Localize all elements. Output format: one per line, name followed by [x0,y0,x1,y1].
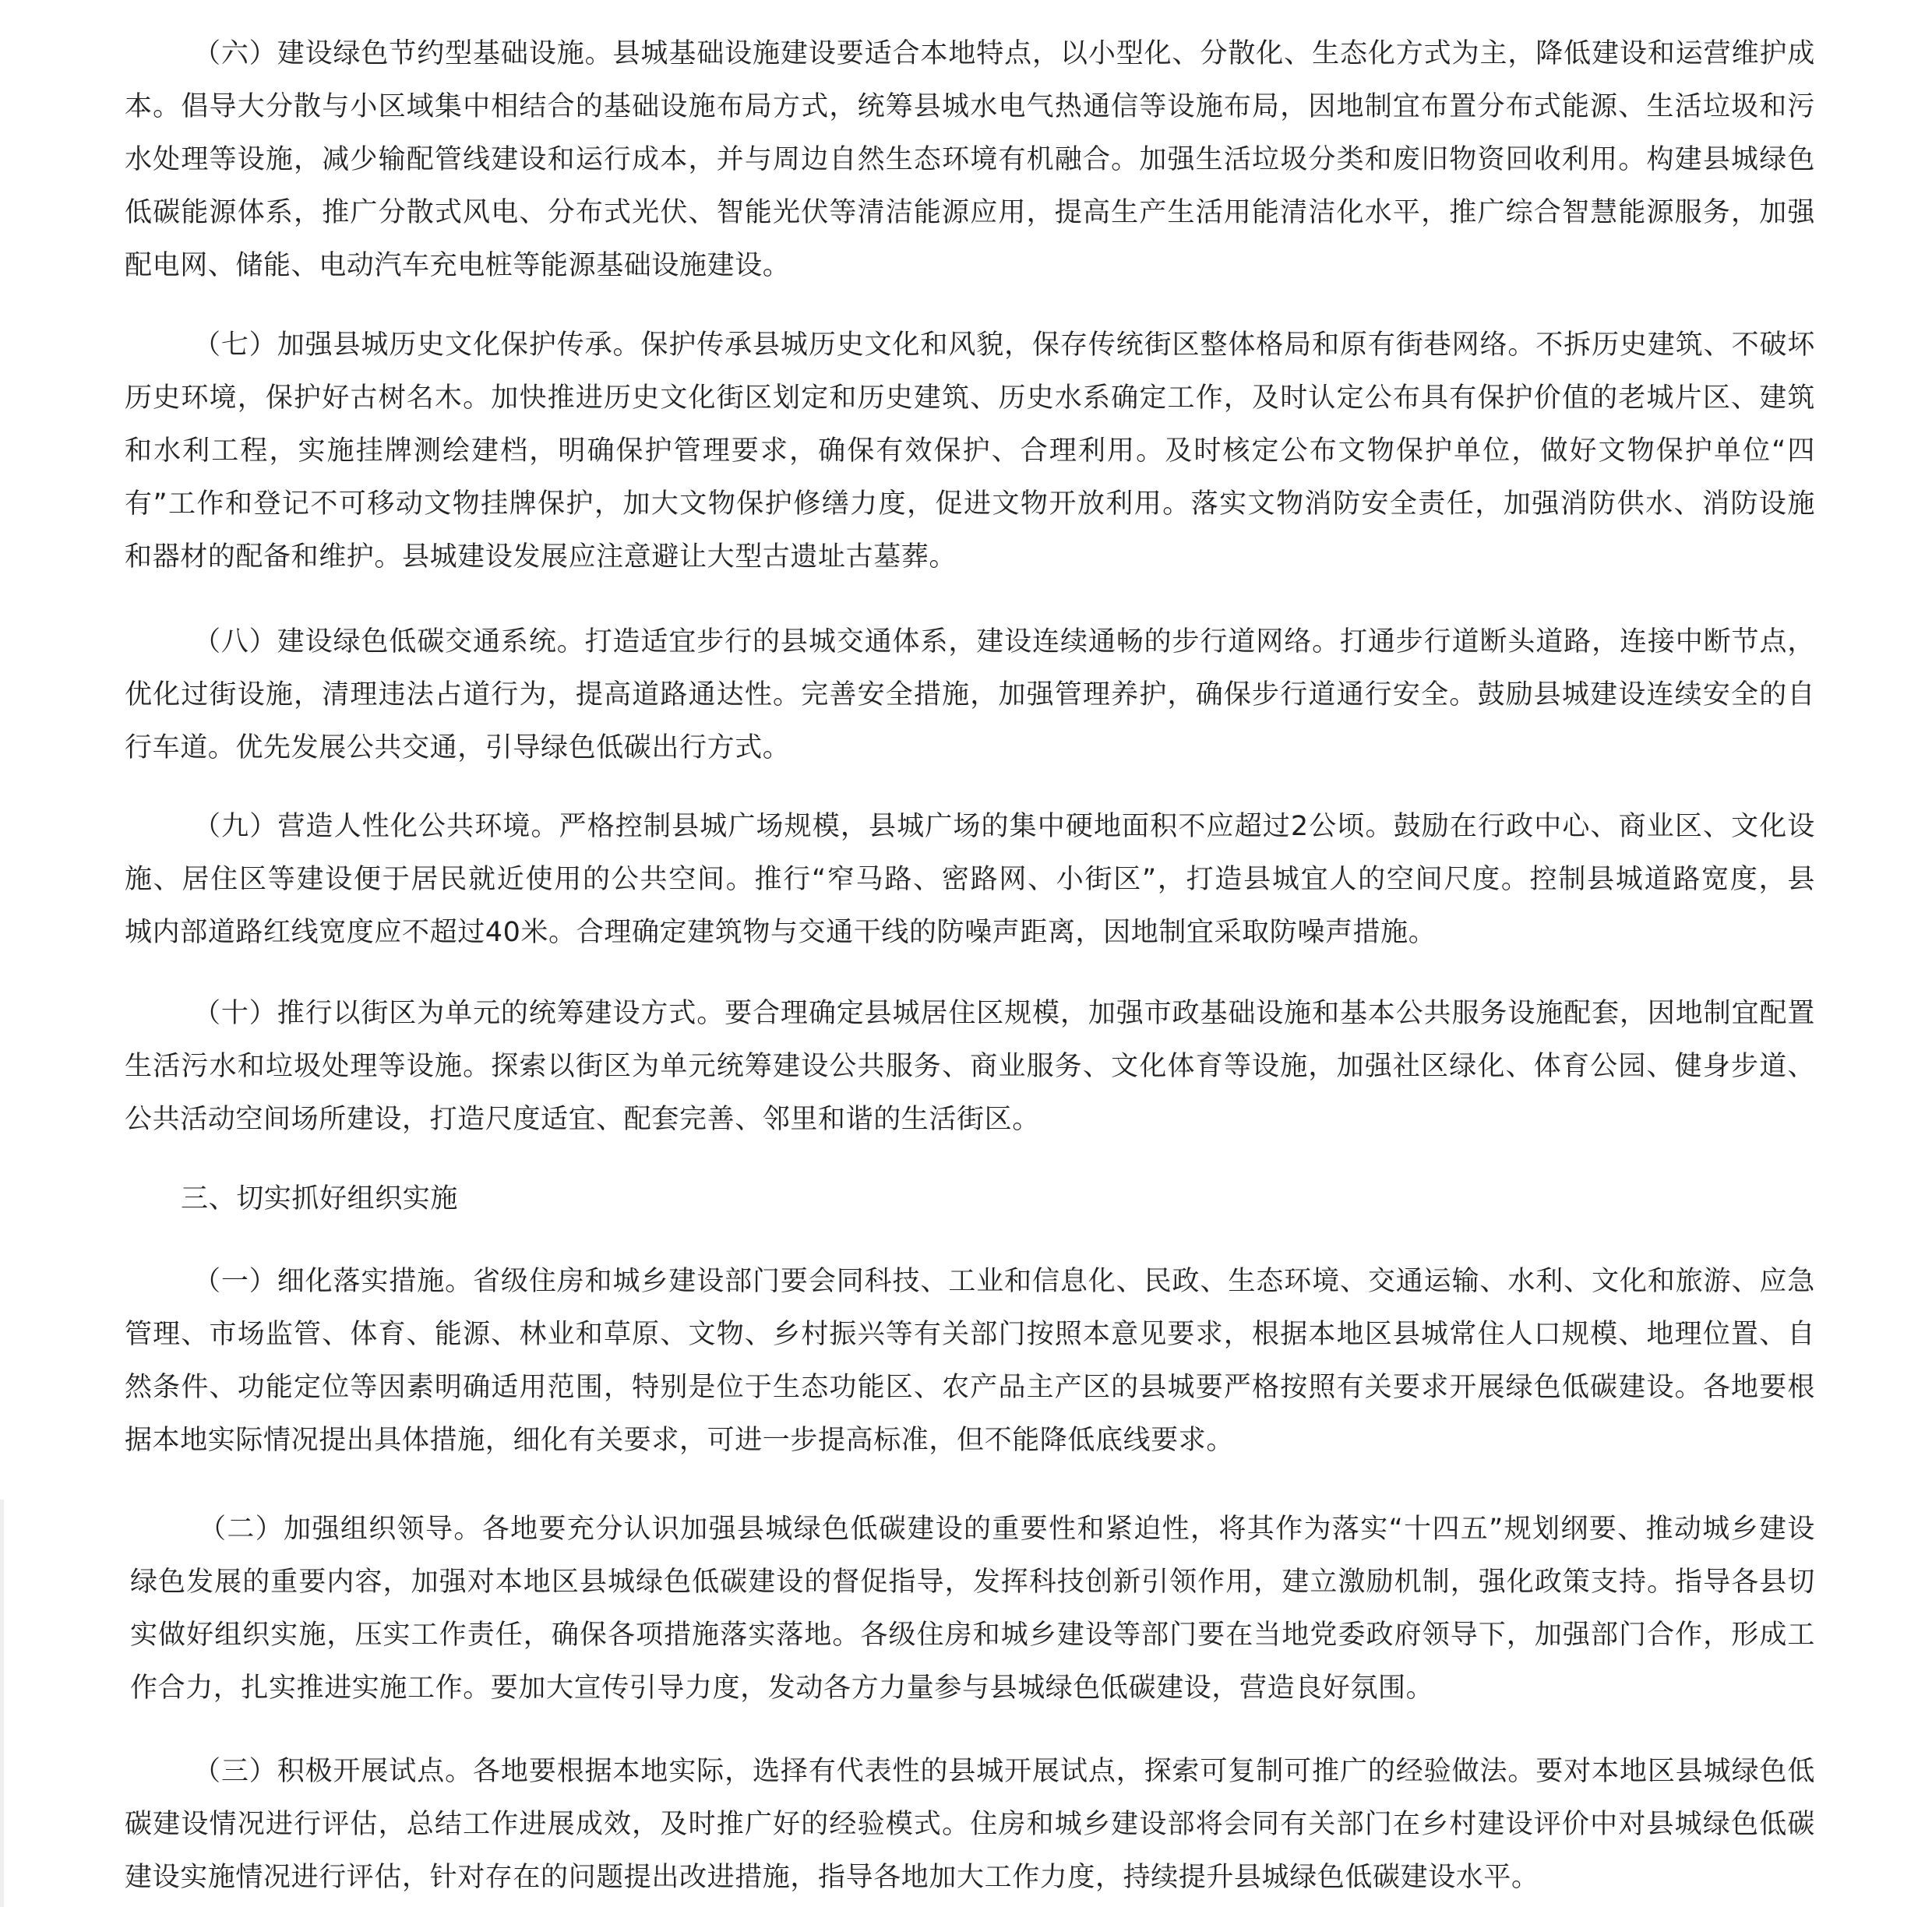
section-heading-3: 三、切实抓好组织实施 [181,1172,458,1225]
text-line: 行车道。优先发展公共交通，引导绿色低碳出行方式。 [125,721,1815,774]
paragraph-3-1-refine-measures: （一）细化落实措施。省级住房和城乡建设部门要会同科技、工业和信息化、民政、生态环… [125,1255,1815,1467]
text-line: （八）建设绿色低碳交通系统。打造适宜步行的县城交通体系，建设连续通畅的步行道网络… [125,615,1815,668]
text-line: 公共活动空间场所建设，打造尺度适宜、配套完善、邻里和谐的生活街区。 [125,1093,1815,1146]
paragraph-8-low-carbon-transport: （八）建设绿色低碳交通系统。打造适宜步行的县城交通体系，建设连续通畅的步行道网络… [125,615,1815,774]
text-line: 历史环境，保护好古树名木。加快推进历史文化街区划定和历史建筑、历史水系确定工作，… [125,372,1815,425]
text-line: 和水利工程，实施挂牌测绘建档，明确保护管理要求，确保有效保护、合理利用。及时核定… [125,425,1815,478]
text-line: 绿色发展的重要内容，加强对本地区县城绿色低碳建设的督促指导，发挥科技创新引领作用… [130,1556,1815,1609]
text-line: 城内部道路红线宽度应不超过40米。合理确定建筑物与交通干线的防噪声距离，因地制宜… [125,906,1815,959]
text-line: 有”工作和登记不可移动文物挂牌保护，加大文物保护修缮力度，促进文物开放利用。落实… [125,478,1815,531]
text-line: 水处理等设施，减少输配管线建设和运行成本，并与周边自然生态环境有机融合。加强生活… [125,133,1815,186]
paragraph-10-block-based-construction: （十）推行以街区为单元的统筹建设方式。要合理确定县城居住区规模，加强市政基础设施… [125,987,1815,1146]
text-line: 生活污水和垃圾处理等设施。探索以街区为单元统筹建设公共服务、商业服务、文化体育等… [125,1040,1815,1093]
text-line: 管理、市场监管、体育、能源、林业和草原、文物、乡村振兴等有关部门按照本意见要求，… [125,1308,1815,1361]
text-line: （一）细化落实措施。省级住房和城乡建设部门要会同科技、工业和信息化、民政、生态环… [125,1255,1815,1308]
text-line: 优化过街设施，清理违法占道行为，提高道路通达性。完善安全措施，加强管理养护，确保… [125,668,1815,721]
text-line: 配电网、储能、电动汽车充电桩等能源基础设施建设。 [125,239,1815,292]
paragraph-7-historic-culture: （七）加强县城历史文化保护传承。保护传承县城历史文化和风貌，保存传统街区整体格局… [125,319,1815,583]
text-line: 施、居住区等建设便于居民就近使用的公共空间。推行“窄马路、密路网、小街区”，打造… [125,853,1815,906]
paragraph-9-public-environment: （九）营造人性化公共环境。严格控制县城广场规模，县城广场的集中硬地面积不应超过2… [125,800,1815,959]
text-line: （六）建设绿色节约型基础设施。县城基础设施建设要适合本地特点，以小型化、分散化、… [125,27,1815,80]
text-line: （三）积极开展试点。各地要根据本地实际，选择有代表性的县城开展试点，探索可复制可… [125,1745,1815,1798]
text-line: （十）推行以街区为单元的统筹建设方式。要合理确定县城居住区规模，加强市政基础设施… [125,987,1815,1040]
paragraph-3-2-strengthen-leadership: （二）加强组织领导。各地要充分认识加强县城绿色低碳建设的重要性和紧迫性，将其作为… [130,1503,1815,1715]
paragraph-6-green-infrastructure: （六）建设绿色节约型基础设施。县城基础设施建设要适合本地特点，以小型化、分散化、… [125,27,1815,292]
document-page: （六）建设绿色节约型基础设施。县城基础设施建设要适合本地特点，以小型化、分散化、… [0,0,1932,1907]
text-line: （七）加强县城历史文化保护传承。保护传承县城历史文化和风貌，保存传统街区整体格局… [125,319,1815,372]
text-line: 和器材的配备和维护。县城建设发展应注意避让大型古遗址古墓葬。 [125,531,1815,583]
text-line: （二）加强组织领导。各地要充分认识加强县城绿色低碳建设的重要性和紧迫性，将其作为… [130,1503,1815,1556]
text-line: 低碳能源体系，推广分散式风电、分布式光伏、智能光伏等清洁能源应用，提高生产生活用… [125,186,1815,239]
text-line: 本。倡导大分散与小区域集中相结合的基础设施布局方式，统筹县城水电气热通信等设施布… [125,80,1815,133]
text-line: 实做好组织实施，压实工作责任，确保各项措施落实落地。各级住房和城乡建设等部门要在… [130,1609,1815,1662]
page-edge-divider [0,1500,4,1907]
text-line: 然条件、功能定位等因素明确适用范围，特别是位于生态功能区、农产品主产区的县城要严… [125,1361,1815,1414]
paragraph-3-3-pilot-programs: （三）积极开展试点。各地要根据本地实际，选择有代表性的县城开展试点，探索可复制可… [125,1745,1815,1904]
text-line: 碳建设情况进行评估，总结工作进展成效，及时推广好的经验模式。住房和城乡建设部将会… [125,1798,1815,1851]
text-line: 作合力，扎实推进实施工作。要加大宣传引导力度，发动各方力量参与县城绿色低碳建设，… [130,1662,1815,1715]
text-line: 据本地实际情况提出具体措施，细化有关要求，可进一步提高标准，但不能降低底线要求。 [125,1414,1815,1467]
text-line: 建设实施情况进行评估，针对存在的问题提出改进措施，指导各地加大工作力度，持续提升… [125,1851,1815,1904]
text-line: （九）营造人性化公共环境。严格控制县城广场规模，县城广场的集中硬地面积不应超过2… [125,800,1815,853]
